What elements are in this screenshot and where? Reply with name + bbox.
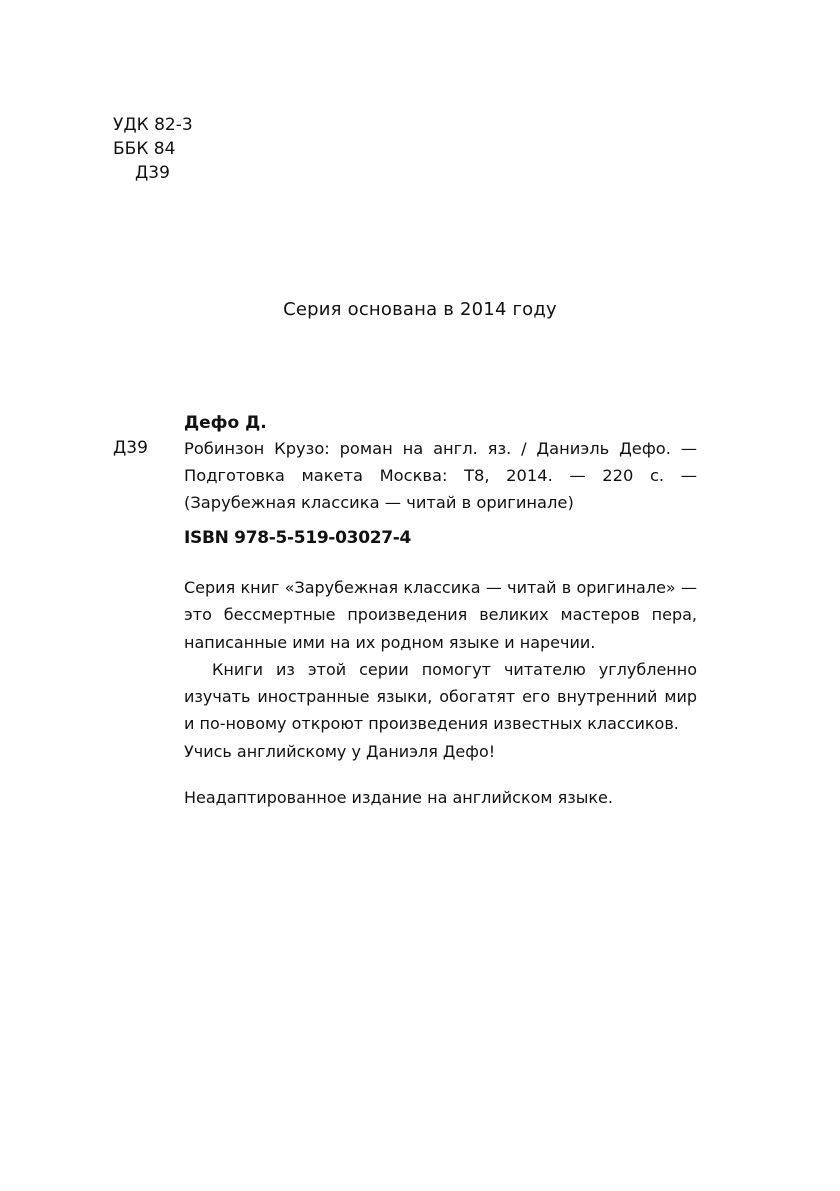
annotation-paragraph: Серия книг «Зарубежная классика — читай … bbox=[184, 574, 697, 656]
annotation: Серия книг «Зарубежная классика — читай … bbox=[184, 574, 697, 765]
edition-note: Неадаптированное издание на английском я… bbox=[184, 788, 613, 807]
udk-code: УДК 82-3 bbox=[113, 113, 193, 137]
bibliographic-description: Робинзон Крузо: роман на англ. яз. / Дан… bbox=[184, 435, 697, 516]
bbk-code: ББК 84 bbox=[113, 137, 193, 161]
annotation-paragraph: Книги из этой серии помогут читателю угл… bbox=[184, 656, 697, 738]
author-heading: Дефо Д. bbox=[184, 413, 267, 433]
isbn: ISBN 978-5-519-03027-4 bbox=[184, 528, 411, 548]
series-founded-note: Серия основана в 2014 году bbox=[0, 299, 840, 320]
classification-block: УДК 82-3 ББК 84 Д39 bbox=[113, 113, 193, 185]
author-sign: Д39 bbox=[113, 161, 193, 185]
bibliographic-code: Д39 bbox=[113, 438, 148, 458]
annotation-slogan: Учись английскому у Даниэля Дефо! bbox=[184, 738, 697, 765]
